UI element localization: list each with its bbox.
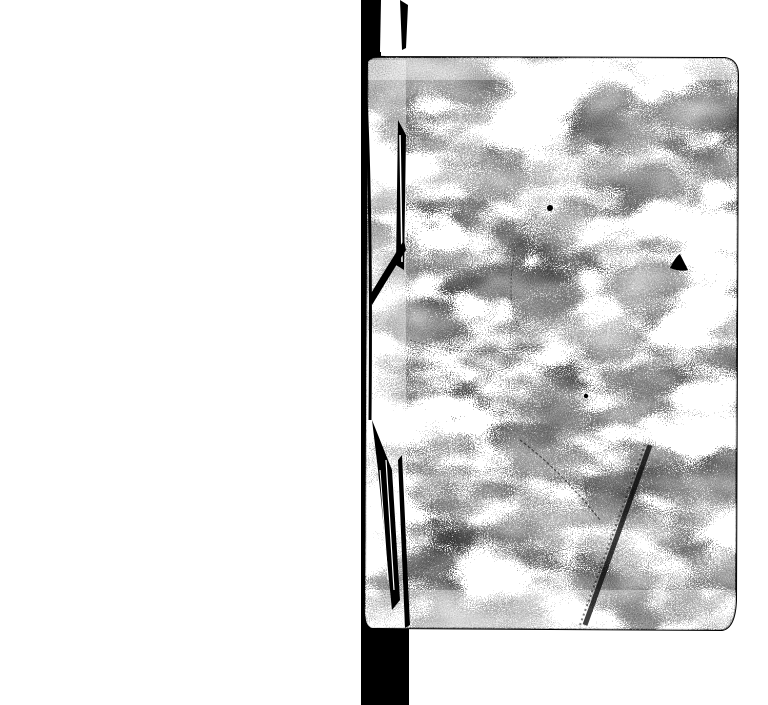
ink-spot <box>584 394 588 398</box>
scanned-book-cover: High-contrast black-and-white scan of a … <box>0 0 768 705</box>
book-cover-illustration <box>0 0 768 705</box>
book-cover <box>360 55 745 635</box>
ink-spot <box>547 205 553 211</box>
